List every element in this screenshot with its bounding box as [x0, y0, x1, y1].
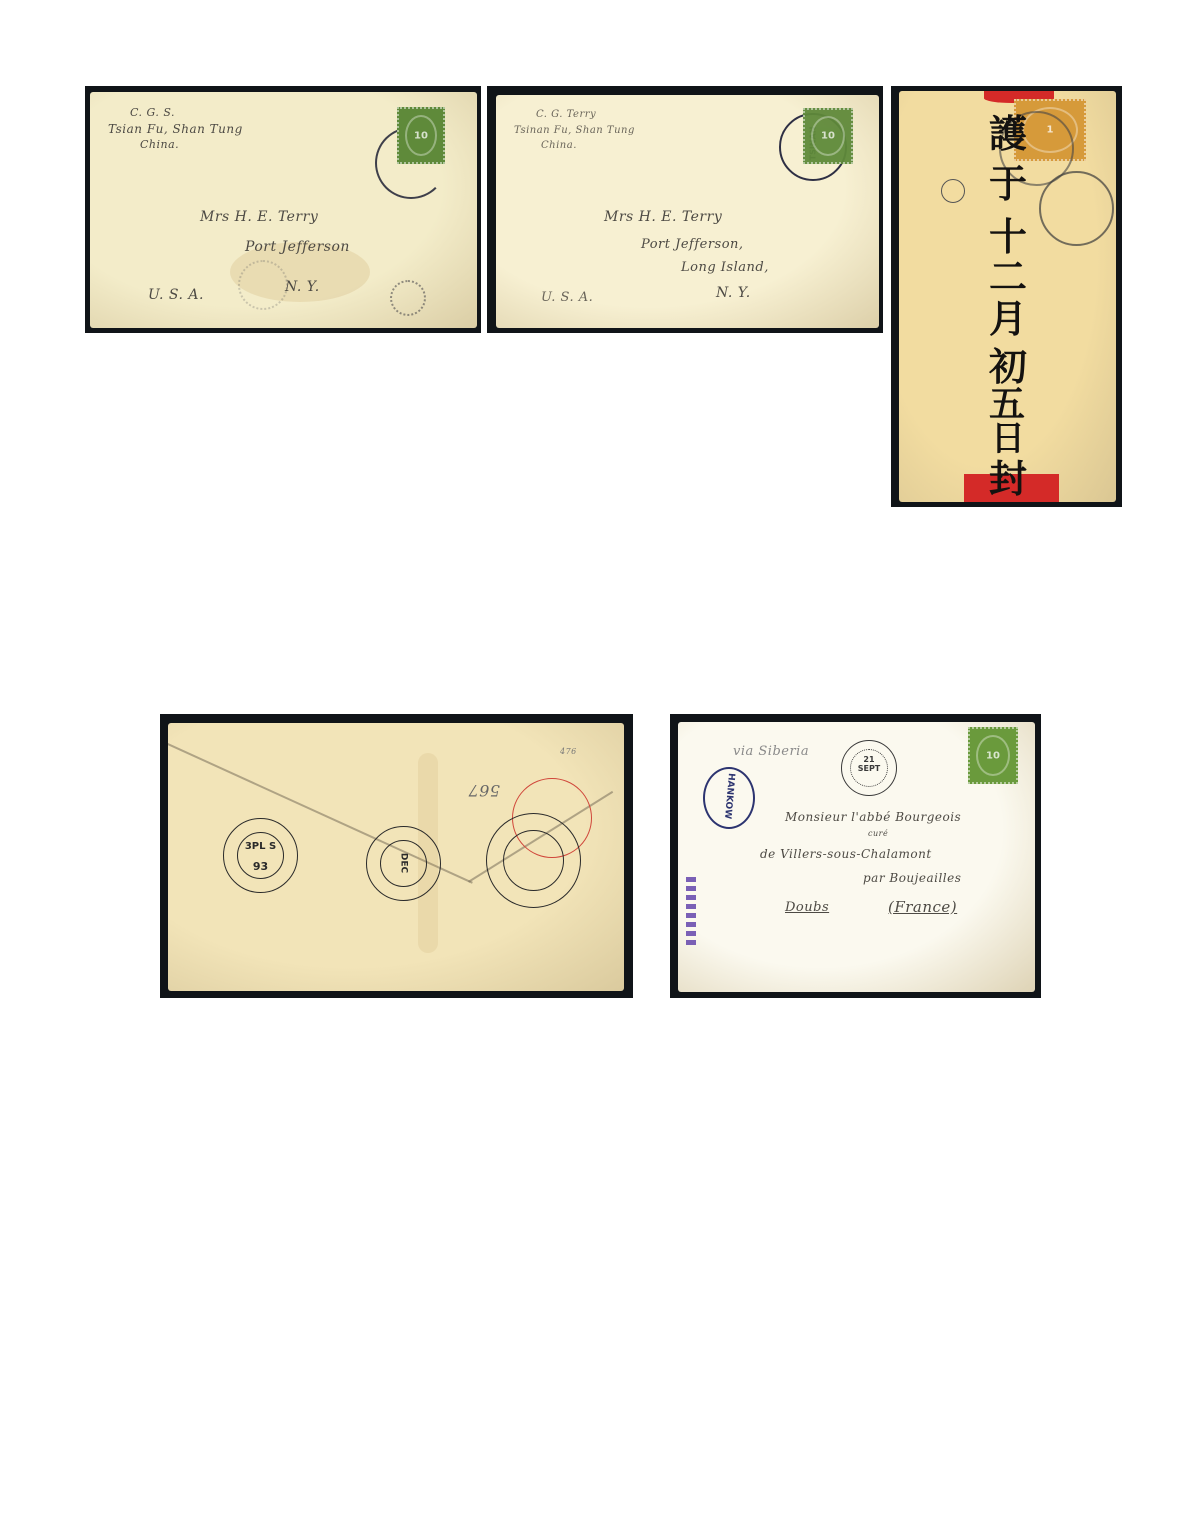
pencil-note: 567: [468, 781, 500, 800]
addressee-line: Port Jefferson,: [641, 237, 744, 252]
pencil-note: 476: [560, 747, 577, 756]
envelope-cover-4-reverse: 476 567 3PL S 93 DEC: [168, 723, 624, 991]
stamp-coiling-dragon: 10: [968, 727, 1018, 784]
return-address-line: C. G. S.: [130, 106, 175, 119]
addressee-line: (France): [888, 898, 957, 916]
return-address-line: China.: [140, 138, 179, 151]
return-address-line: China.: [541, 140, 577, 151]
addressee-line: N. Y.: [285, 279, 320, 295]
postmark-haiphong: 3PL S 93: [223, 818, 298, 893]
return-address-line: C. G. Terry: [536, 109, 596, 120]
vertical-char: 護: [989, 103, 1027, 158]
cover-4-photo: 476 567 3PL S 93 DEC: [160, 714, 633, 998]
addressee-line: Port Jefferson: [245, 239, 350, 255]
postmark-hankow: HANKOW: [703, 767, 755, 829]
addressee-line: Mrs H. E. Terry: [200, 209, 318, 225]
addressee-line: par Boujeailles: [863, 871, 961, 885]
faint-postmark: [390, 280, 426, 316]
cover-5-photo: via Siberia 21 SEPT 10 HANKOW Monsieur l…: [670, 714, 1041, 998]
purple-side-note: [686, 877, 696, 945]
vertical-char: 于: [989, 153, 1027, 208]
addressee-line: Long Island,: [681, 260, 769, 275]
stamp-coiling-dragon: 10: [803, 108, 853, 164]
postmark-customs: [486, 813, 581, 908]
faint-postmark: [238, 260, 288, 310]
small-circle-mark: [941, 179, 965, 203]
vertical-char: 封: [989, 448, 1027, 502]
addressee-line: Mrs H. E. Terry: [604, 209, 722, 225]
addressee-line: Monsieur l'abbé Bourgeois: [785, 810, 961, 824]
envelope-cover-3: 1 護 于 十 二 月 初 五 日 封: [899, 91, 1116, 502]
stamp-coiling-dragon: 10: [397, 107, 445, 164]
return-address-line: Tsian Fu, Shan Tung: [108, 122, 243, 136]
country-line: U. S. A.: [148, 287, 204, 303]
cover-2-photo: C. G. Terry Tsinan Fu, Shan Tung China. …: [487, 86, 883, 333]
postmark-hankeou: 21 SEPT: [841, 740, 897, 796]
addressee-line: de Villers-sous-Chalamont: [760, 847, 932, 861]
cover-3-photo: 1 護 于 十 二 月 初 五 日 封: [891, 86, 1122, 507]
routing-note: via Siberia: [733, 744, 809, 759]
addressee-line: Doubs: [785, 900, 829, 915]
addressee-line: N. Y.: [716, 285, 751, 301]
envelope-cover-2: C. G. Terry Tsinan Fu, Shan Tung China. …: [496, 95, 879, 328]
addressee-line: curé: [868, 829, 888, 838]
postmark-bilingual: [1039, 171, 1114, 246]
envelope-cover-5: via Siberia 21 SEPT 10 HANKOW Monsieur l…: [678, 722, 1035, 992]
vertical-char: 月: [989, 288, 1027, 343]
envelope-cover-1: C. G. S. Tsian Fu, Shan Tung China. 10 M…: [90, 92, 477, 328]
cover-1-photo: C. G. S. Tsian Fu, Shan Tung China. 10 M…: [85, 86, 481, 333]
postmark-hanoi: DEC: [366, 826, 441, 901]
country-line: U. S. A.: [541, 290, 593, 305]
return-address-line: Tsinan Fu, Shan Tung: [514, 125, 635, 136]
